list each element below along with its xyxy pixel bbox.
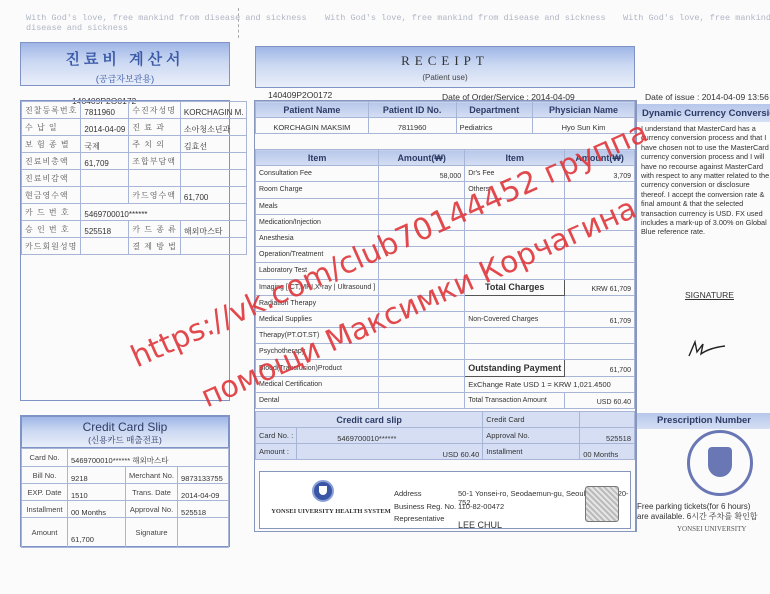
slip-amount-label: Amount : [256,444,297,460]
korean-subtitle: (공급자보관용) [21,72,229,85]
department: Pediatrics [456,118,532,134]
korean-value: 5469700010****** [81,204,247,221]
korean-label: 승 인 번 호 [22,221,81,238]
official-seal-icon [585,486,619,522]
korean-label: 결 제 방 법 [129,238,181,255]
korean-label: 주 치 의 [129,136,181,153]
exp-date-value: 1510 [68,484,126,501]
korean-value [180,170,247,187]
table-row: Medical CertificationExChange Rate USD 1… [256,376,635,392]
item-name: Room Charge [256,182,379,198]
korean-value: 국제 [81,136,129,153]
perforation [238,8,239,38]
korean-row: 수 납 일2014-04-09진 료 과소아청소년과 [22,119,247,136]
reg-value: 110-82-00472 [458,502,504,511]
card-no-label: Card No. [22,449,68,467]
korean-value: 61,700 [180,187,247,204]
amount-label: Amount [22,518,68,548]
signature-scribble-icon [687,338,727,358]
bill-no-label: Bill No. [22,467,68,484]
receipt-subtitle: (Patient use) [256,73,634,82]
item-header-left: Item [256,150,379,166]
dcc-title: Dynamic Currency Conversion [637,104,770,122]
korean-label: 보 험 종 별 [22,136,81,153]
trans-date-value: 2014-04-09 [178,484,229,501]
empty-cell [565,295,635,311]
hospital-info: YONSEI UIVERSITY HEALTH SYSTEM Address 5… [259,471,631,529]
korean-label: 현금영수액 [22,187,81,204]
item-amount: 58,000 [379,166,465,182]
korean-row: 현금영수액카드영수액61,700 [22,187,247,204]
korean-row: 진료비감액 [22,170,247,187]
slip-installment-label: Installment [483,444,580,460]
korean-value: 2014-04-09 [81,119,129,136]
dcc-text: I understand that MasterCard has a curre… [641,124,770,237]
korean-value [81,170,129,187]
installment-value: 00 Months [68,501,126,518]
korean-value [81,238,129,255]
korean-row: 카드회원성명결 제 방 법 [22,238,247,255]
signature-cell [178,518,229,548]
empty-cell [565,328,635,344]
receipt-credit-slip: Credit card slip Credit Card Card No. : … [255,411,635,460]
korean-value: 김효선 [180,136,247,153]
outstanding-value: 61,700 [565,360,635,376]
korean-row: 승 인 번 호525518카 드 종 류해외마스타 [22,221,247,238]
item-amount [379,360,465,376]
approval-no-label: Approval No. [126,501,178,518]
credit-card-label: Credit Card [483,412,580,428]
item-amount [379,182,465,198]
korean-label: 카 드 종 류 [129,221,181,238]
korean-label: 조합부담액 [129,153,181,170]
empty-cell [465,328,565,344]
rep-value: LEE CHUL [458,520,502,530]
korean-statement-table: 진찰등록번호7811960수진자성명KORCHAGIN M.수 납 일2014-… [20,100,230,401]
motto-text-3: With God's love, free mankind from disea… [623,13,770,23]
item-name: Consultation Fee [256,166,379,182]
korean-label: 진찰등록번호 [22,102,81,119]
amount-header-left: Amount(₩) [379,150,465,166]
korean-label: 진료비감액 [22,170,81,187]
yonsei-logo-icon [312,480,334,502]
total-transaction-value: USD 60.40 [565,392,635,408]
empty-cell [465,344,565,360]
korean-value: KORCHAGIN M. [180,102,247,119]
rep-label: Representative [394,514,444,523]
motto-wrap: disease and sickness [26,23,128,33]
physician-header: Physician Name [533,102,635,118]
approval-no-value: 525518 [178,501,229,518]
slip-card-no-value: 5469700010****** [297,428,483,444]
receipt-slip-title: Credit card slip [256,412,483,428]
receipt-title-banner: RECEIPT (Patient use) [255,46,635,88]
exp-date-label: EXP. Date [22,484,68,501]
korean-value [180,238,247,255]
parking-line-2: are available. 6시간 주차를 확인합 [637,512,770,522]
signature-label-dcc: SIGNATURE [685,290,734,300]
empty-cell [565,263,635,279]
korean-row: 진찰등록번호7811960수진자성명KORCHAGIN M. [22,102,247,119]
patient-name-header: Patient Name [256,102,369,118]
address-label: Address [394,489,422,498]
slip-card-no-label: Card No. : [256,428,297,444]
empty-cell [565,344,635,360]
korean-row: 진료비총액61,709조합부담액 [22,153,247,170]
card-no-value: 5469700010****** 해외마스타 [68,449,229,467]
total-charges-value: KRW 61,709 [565,279,635,295]
outstanding-label: Outstanding Payment [465,360,565,376]
total-transaction-label: Total Transaction Amount [465,392,565,408]
slip-approval-label: Approval No. [483,428,580,444]
table-row: Medical SuppliesNon-Covered Charges61,70… [256,311,635,327]
patient-info-table: Patient Name Patient ID No. Department P… [255,101,635,134]
prescription-number-label: Prescription Number [637,413,770,429]
merchant-no-value: 9873133755 [178,467,229,484]
korean-value: 해외마스타 [180,221,247,238]
patient-id: 7811960 [368,118,456,134]
korean-label: 수 납 일 [22,119,81,136]
patient-id-header: Patient ID No. [368,102,456,118]
korean-label: 카 드 번 호 [22,204,81,221]
credit-card-slip-left: Credit Card Slip (신용카드 매출전표) Card No. 54… [20,415,230,547]
table-row: DentalTotal Transaction AmountUSD 60.40 [256,392,635,408]
receipt-number: 140409P2O0172 [268,90,332,100]
bill-no-value: 9218 [68,467,126,484]
receipt-title: RECEIPT [256,53,634,69]
item-amount [379,376,465,392]
amount-value: 61,700 [68,518,126,548]
cc-subtitle: (신용카드 매출전표) [22,434,228,446]
patient-name: KORCHAGIN MAKSIM [256,118,369,134]
item-name: Meals [256,198,379,214]
reg-label: Business Reg. No. [394,502,456,511]
korean-label: 진료비총액 [22,153,81,170]
korean-value: 61,709 [81,153,129,170]
stamp-text: YONSEI UNIVERSITY [677,525,746,533]
korean-title: 진료비 계산서 [21,48,229,69]
non-covered-value: 61,709 [565,311,635,327]
trans-date-label: Trans. Date [126,484,178,501]
parking-notice: Free parking tickets(for 6 hours) are av… [637,502,770,522]
korean-row: 보 험 종 별국제주 치 의김효선 [22,136,247,153]
korean-label: 수진자성명 [129,102,181,119]
korean-label: 카드영수액 [129,187,181,204]
korean-row: 카 드 번 호5469700010****** [22,204,247,221]
korean-value [81,187,129,204]
motto-text: With God's love, free mankind from disea… [26,13,307,23]
korean-statement-title: 진료비 계산서 (공급자보관용) [20,42,230,86]
korean-statement-grid: 진찰등록번호7811960수진자성명KORCHAGIN M.수 납 일2014-… [21,101,247,255]
hospital-name: YONSEI UIVERSITY HEALTH SYSTEM [266,508,396,515]
credit-card-slip-title: Credit Card Slip (신용카드 매출전표) [21,416,229,448]
university-stamp-icon [687,430,753,496]
korean-label: 카드회원성명 [22,238,81,255]
slip-installment-value: 00 Months [580,444,635,460]
exchange-rate: ExChange Rate USD 1 = KRW 1,021.4500 [465,376,635,392]
merchant-no-label: Merchant No. [126,467,178,484]
credit-card-value [580,412,635,428]
slip-amount-value: USD 60.40 [297,444,483,460]
korean-label [129,170,181,187]
empty-cell [465,295,565,311]
korean-value [180,153,247,170]
cc-title: Credit Card Slip [22,420,228,434]
motto-text-2: With God's love, free mankind from disea… [325,13,606,23]
parking-line-1: Free parking tickets(for 6 hours) [637,502,770,512]
installment-label: Installment [22,501,68,518]
item-amount [379,344,465,360]
signature-label: Signature [126,518,178,548]
credit-card-slip-grid: Card No. 5469700010****** 해외마스타 Bill No.… [21,448,229,548]
table-row: Room ChargeOthers [256,182,635,198]
dcc-panel: Dynamic Currency Conversion I understand… [636,100,770,532]
korean-value: 7811960 [81,102,129,119]
non-covered-label: Non-Covered Charges [465,311,565,327]
slip-approval-value: 525518 [580,428,635,444]
item-name: Dental [256,392,379,408]
korean-value: 소아청소년과 [180,119,247,136]
item-name: Medication/Injection [256,214,379,230]
korean-value: 525518 [81,221,129,238]
department-header: Department [456,102,532,118]
korean-label: 진 료 과 [129,119,181,136]
item-amount [379,392,465,408]
